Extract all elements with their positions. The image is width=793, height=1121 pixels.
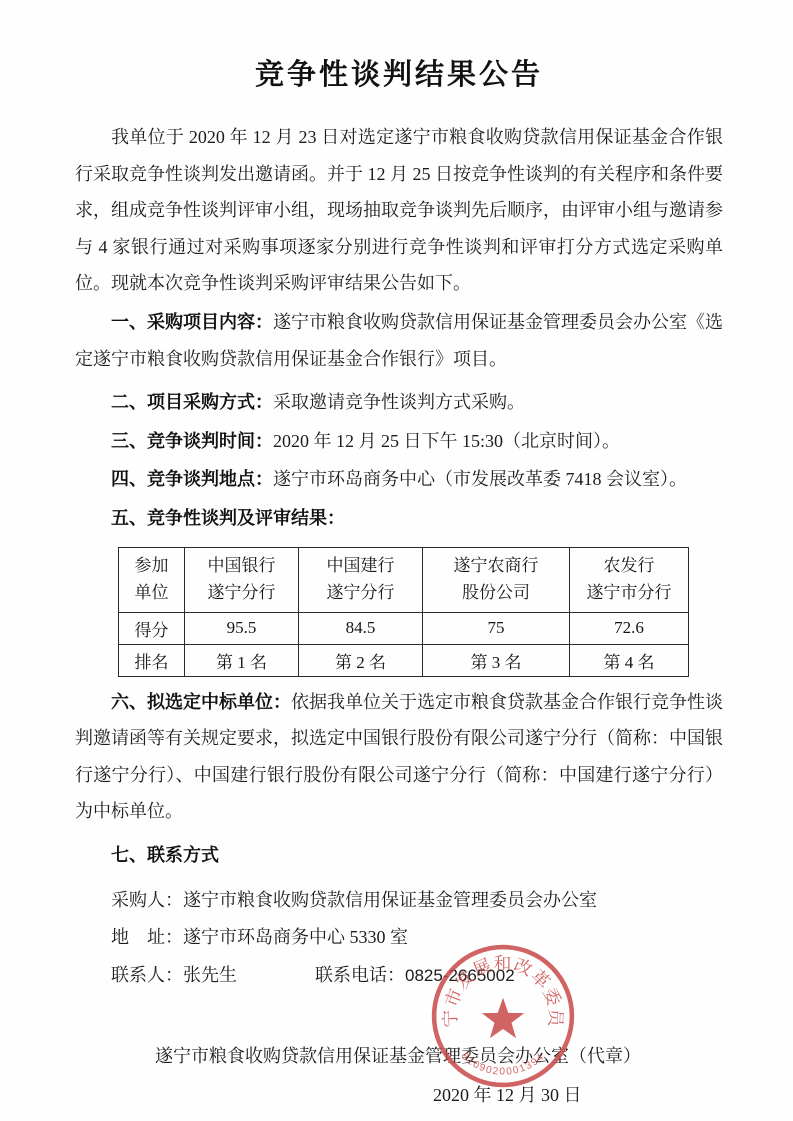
section-7-label: 七、联系方式 — [111, 845, 219, 865]
person-label: 联系人： — [111, 965, 183, 985]
table-col-bank-2: 中国建行 遂宁分行 — [299, 547, 423, 612]
table-row-header-score: 得分 — [119, 612, 185, 644]
section-6-label: 六、拟选定中标单位： — [111, 692, 291, 712]
table-row-header-rank: 排名 — [119, 644, 185, 676]
rank-cell: 第 2 名 — [299, 644, 423, 676]
section-5: 五、竞争性谈判及评审结果： — [75, 500, 723, 537]
section-2-text: 采取邀请竞争性谈判方式采购。 — [273, 392, 525, 412]
section-5-label: 五、竞争性谈判及评审结果： — [111, 508, 345, 528]
table-col-bank-1: 中国银行 遂宁分行 — [185, 547, 299, 612]
rank-cell: 第 4 名 — [570, 644, 689, 676]
contact-block: 采购人：遂宁市粮食收购贷款信用保证基金管理委员会办公室 地 址：遂宁市环岛商务中… — [75, 882, 723, 995]
section-2-label: 二、项目采购方式： — [111, 392, 273, 412]
score-cell: 75 — [423, 612, 570, 644]
buyer-label: 采购人： — [111, 890, 183, 910]
section-1-label: 一、采购项目内容： — [111, 312, 273, 332]
section-4-label: 四、竞争谈判地点： — [111, 469, 273, 489]
phone-value: 0825-2665002 — [405, 966, 515, 985]
section-7: 七、联系方式 — [75, 837, 723, 874]
rank-cell: 第 1 名 — [185, 644, 299, 676]
contact-person-line: 联系人：张先生联系电话：0825-2665002 — [75, 957, 723, 995]
page-title: 竞争性谈判结果公告 — [75, 52, 723, 93]
table-row-header-unit: 参加 单位 — [119, 547, 185, 612]
signoff-organization: 遂宁市粮食收购贷款信用保证基金管理委员会办公室（代章） — [155, 1042, 723, 1068]
contact-address-line: 地 址：遂宁市环岛商务中心 5330 室 — [75, 919, 723, 957]
section-3-label: 三、竞争谈判时间： — [111, 431, 273, 451]
document-content: 竞争性谈判结果公告 我单位于 2020 年 12 月 23 日对选定遂宁市粮食收… — [75, 0, 723, 1107]
section-3: 三、竞争谈判时间：2020 年 12 月 25 日下午 15:30（北京时间）。 — [75, 423, 723, 460]
address-value: 遂宁市环岛商务中心 5330 室 — [183, 927, 408, 947]
person-value: 张先生 — [183, 965, 237, 985]
table-row: 参加 单位 中国银行 遂宁分行 中国建行 遂宁分行 遂宁农商行 股份公司 农发行… — [119, 547, 689, 612]
intro-paragraph: 我单位于 2020 年 12 月 23 日对选定遂宁市粮食收购贷款信用保证基金合… — [75, 119, 723, 302]
evaluation-result-table: 参加 单位 中国银行 遂宁分行 中国建行 遂宁分行 遂宁农商行 股份公司 农发行… — [118, 547, 689, 677]
contact-buyer-line: 采购人：遂宁市粮食收购贷款信用保证基金管理委员会办公室 — [75, 882, 723, 920]
score-cell: 84.5 — [299, 612, 423, 644]
table-row: 得分 95.5 84.5 75 72.6 — [119, 612, 689, 644]
phone-label: 联系电话： — [315, 965, 405, 985]
section-4-text: 遂宁市环岛商务中心（市发展改革委 7418 会议室）。 — [273, 469, 687, 489]
table-col-bank-3: 遂宁农商行 股份公司 — [423, 547, 570, 612]
section-4: 四、竞争谈判地点：遂宁市环岛商务中心（市发展改革委 7418 会议室）。 — [75, 461, 723, 498]
table-row: 排名 第 1 名 第 2 名 第 3 名 第 4 名 — [119, 644, 689, 676]
score-cell: 95.5 — [185, 612, 299, 644]
signoff-date: 2020 年 12 月 30 日 — [433, 1081, 723, 1107]
section-6: 六、拟选定中标单位：依据我单位关于选定市粮食贷款基金合作银行竞争性谈判邀请函等有… — [75, 684, 723, 830]
address-label: 地 址： — [111, 927, 183, 947]
rank-cell: 第 3 名 — [423, 644, 570, 676]
section-2: 二、项目采购方式：采取邀请竞争性谈判方式采购。 — [75, 384, 723, 421]
buyer-value: 遂宁市粮食收购贷款信用保证基金管理委员会办公室 — [183, 890, 597, 910]
section-3-text: 2020 年 12 月 25 日下午 15:30（北京时间）。 — [273, 431, 620, 451]
section-1: 一、采购项目内容：遂宁市粮食收购贷款信用保证基金管理委员会办公室《选定遂宁市粮食… — [75, 304, 723, 377]
score-cell: 72.6 — [570, 612, 689, 644]
table-col-bank-4: 农发行 遂宁市分行 — [570, 547, 689, 612]
document-page: 竞争性谈判结果公告 我单位于 2020 年 12 月 23 日对选定遂宁市粮食收… — [0, 0, 793, 1121]
